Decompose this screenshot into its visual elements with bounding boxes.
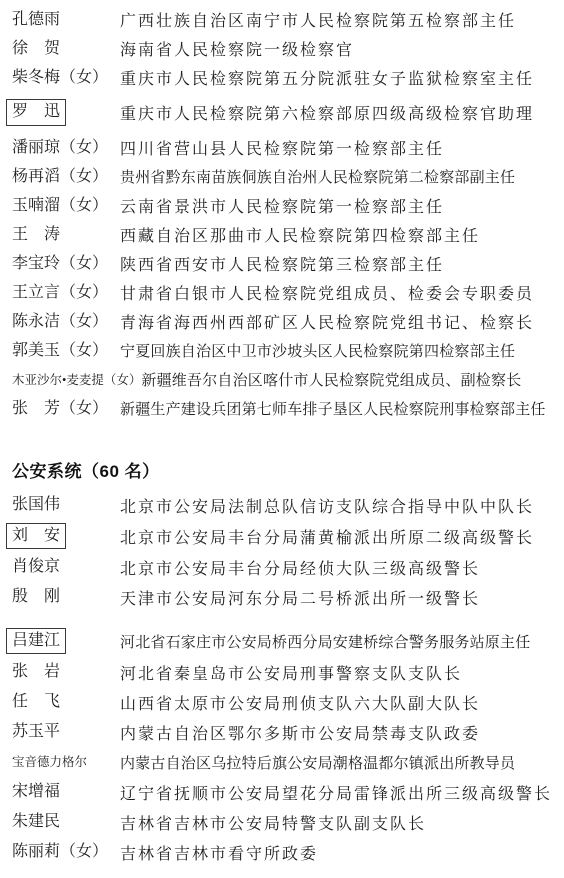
person-name: 罗 迅 — [12, 99, 120, 125]
person-name-text: 柴冬梅（女） — [12, 68, 108, 87]
person-name-text: 苏玉平 — [12, 722, 60, 741]
person-name-text: 张 芳（女） — [12, 399, 108, 418]
person-name-text: 宝音德力格尔 — [12, 755, 87, 770]
person-title: 辽宁省抚顺市公安局望花分局雷锋派出所三级高级警长 — [120, 781, 552, 804]
list-item: 李宝玲（女）陕西省西安市人民检察院第三检察部主任 — [0, 249, 564, 278]
person-name-text: 张国伟 — [12, 495, 60, 514]
person-title: 重庆市人民检察院第五分院派驻女子监狱检察室主任 — [120, 66, 534, 89]
person-title: 天津市公安局河东分局二号桥派出所一级警长 — [120, 586, 480, 609]
person-name: 陈永洁（女） — [12, 312, 120, 331]
person-name: 张 岩 — [12, 662, 120, 681]
person-title: 新疆生产建设兵团第七师车排子垦区人民检察院刑事检察部主任 — [120, 398, 546, 419]
person-name-text: 孔德雨 — [12, 10, 60, 29]
person-title: 内蒙古自治区鄂尔多斯市公安局禁毒支队政委 — [120, 721, 480, 744]
person-title: 北京市公安局法制总队信访支队综合指导中队中队长 — [120, 494, 534, 517]
person-name: 柴冬梅（女） — [12, 68, 120, 87]
person-name: 郭美玉（女） — [12, 341, 120, 360]
person-name: 孔德雨 — [12, 10, 120, 29]
person-name-text: 殷 刚 — [12, 587, 60, 606]
person-title: 山西省太原市公安局刑侦支队六大队副大队长 — [120, 691, 480, 714]
list-item: 宋增福辽宁省抚顺市公安局望花分局雷锋派出所三级高级警长 — [0, 777, 564, 807]
person-title: 吉林省吉林市公安局特警支队副支队长 — [120, 811, 426, 834]
person-title: 北京市公安局丰台分局蒲黄榆派出所原二级高级警长 — [120, 525, 534, 548]
list-item: 刘 安北京市公安局丰台分局蒲黄榆派出所原二级高级警长 — [0, 520, 564, 552]
section-public-security: 公安系统（60 名）张国伟北京市公安局法制总队信访支队综合指导中队中队长刘 安北… — [0, 461, 564, 867]
person-name: 殷 刚 — [12, 587, 120, 606]
list-item: 郭美玉（女）宁夏回族自治区中卫市沙坡头区人民检察院第四检察部主任 — [0, 336, 564, 365]
person-name-text: 朱建民 — [12, 812, 60, 831]
person-title: 内蒙古自治区乌拉特后旗公安局潮格温都尔镇派出所教导员 — [120, 752, 515, 773]
person-name: 任 飞 — [12, 692, 120, 711]
document-body: 孔德雨广西壮族自治区南宁市人民检察院第五检察部主任徐 贺海南省人民检察院一级检察… — [0, 5, 564, 867]
person-name-text: 宋增福 — [12, 782, 60, 801]
person-name: 苏玉平 — [12, 722, 120, 741]
person-name-boxed: 吕建江 — [6, 628, 66, 654]
person-title: 宁夏回族自治区中卫市沙坡头区人民检察院第四检察部主任 — [120, 340, 515, 361]
person-name: 肖俊京 — [12, 557, 120, 576]
list-item: 玉喃溜（女）云南省景洪市人民检察院第一检察部主任 — [0, 191, 564, 220]
person-title: 陕西省西安市人民检察院第三检察部主任 — [120, 252, 444, 275]
person-title: 四川省营山县人民检察院第一检察部主任 — [120, 136, 444, 159]
person-title: 甘肃省白银市人民检察院党组成员、检委会专职委员 — [120, 281, 534, 304]
honor-roll-document: 孔德雨广西壮族自治区南宁市人民检察院第五检察部主任徐 贺海南省人民检察院一级检察… — [0, 0, 564, 878]
person-title: 河北省石家庄市公安局桥西分局安建桥综合警务服务站原主任 — [120, 631, 530, 652]
person-name-text: 李宝玲（女） — [12, 254, 108, 273]
list-item: 罗 迅重庆市人民检察院第六检察部原四级高级检察官助理 — [0, 92, 564, 133]
person-name-text: 肖俊京 — [12, 557, 60, 576]
list-item: 柴冬梅（女）重庆市人民检察院第五分院派驻女子监狱检察室主任 — [0, 63, 564, 92]
list-item: 朱建民吉林省吉林市公安局特警支队副支队长 — [0, 807, 564, 837]
person-name-text: 王 涛 — [12, 225, 60, 244]
person-title: 重庆市人民检察院第六检察部原四级高级检察官助理 — [120, 101, 534, 124]
person-name: 王立言（女） — [12, 283, 120, 302]
person-name-text: 张 岩 — [12, 662, 60, 681]
person-title: 河北省秦皇岛市公安局刑事警察支队支队长 — [120, 661, 462, 684]
list-item: 张 岩河北省秦皇岛市公安局刑事警察支队支队长 — [0, 657, 564, 687]
person-name: 徐 贺 — [12, 39, 120, 58]
list-item: 苏玉平内蒙古自治区鄂尔多斯市公安局禁毒支队政委 — [0, 717, 564, 747]
person-name: 宝音德力格尔 — [12, 752, 120, 771]
list-item: 孔德雨广西壮族自治区南宁市人民检察院第五检察部主任 — [0, 5, 564, 34]
person-name: 刘 安 — [12, 523, 120, 549]
person-name: 王 涛 — [12, 225, 120, 244]
person-name-boxed: 刘 安 — [6, 523, 66, 549]
person-name: 杨再滔（女） — [12, 167, 120, 186]
person-title: 广西壮族自治区南宁市人民检察院第五检察部主任 — [120, 8, 516, 31]
list-item: 陈永洁（女）青海省海西州西部矿区人民检察院党组书记、检察长 — [0, 307, 564, 336]
person-title: 海南省人民检察院一级检察官 — [120, 37, 354, 60]
person-name-text: 王立言（女） — [12, 283, 108, 302]
person-name: 潘丽琼（女） — [12, 138, 120, 157]
section-procuratorate: 孔德雨广西壮族自治区南宁市人民检察院第五检察部主任徐 贺海南省人民检察院一级检察… — [0, 5, 564, 423]
person-name: 吕建江 — [12, 628, 120, 654]
person-name: 木亚沙尔•麦麦提（女） — [12, 370, 141, 389]
person-name: 张 芳（女） — [12, 399, 120, 418]
person-name-text: 木亚沙尔•麦麦提（女） — [12, 373, 141, 388]
list-item: 王立言（女）甘肃省白银市人民检察院党组成员、检委会专职委员 — [0, 278, 564, 307]
person-name-text: 陈永洁（女） — [12, 312, 108, 331]
person-name-text: 郭美玉（女） — [12, 341, 108, 360]
person-name-text: 陈丽莉（女） — [12, 842, 108, 861]
person-title: 北京市公安局丰台分局经侦大队三级高级警长 — [120, 556, 480, 579]
person-name-text: 潘丽琼（女） — [12, 138, 108, 157]
person-name: 宋增福 — [12, 782, 120, 801]
list-item: 宝音德力格尔内蒙古自治区乌拉特后旗公安局潮格温都尔镇派出所教导员 — [0, 747, 564, 777]
list-item: 杨再滔（女）贵州省黔东南苗族侗族自治州人民检察院第二检察部副主任 — [0, 162, 564, 191]
person-name: 李宝玲（女） — [12, 254, 120, 273]
list-item: 徐 贺海南省人民检察院一级检察官 — [0, 34, 564, 63]
list-item: 木亚沙尔•麦麦提（女）新疆维吾尔自治区喀什市人民检察院党组成员、副检察长 — [0, 365, 564, 394]
person-name-text: 任 飞 — [12, 692, 60, 711]
person-title: 西藏自治区那曲市人民检察院第四检察部主任 — [120, 223, 480, 246]
person-name-text: 徐 贺 — [12, 39, 60, 58]
list-item: 潘丽琼（女）四川省营山县人民检察院第一检察部主任 — [0, 133, 564, 162]
person-title: 贵州省黔东南苗族侗族自治州人民检察院第二检察部副主任 — [120, 166, 515, 187]
list-item: 吕建江河北省石家庄市公安局桥西分局安建桥综合警务服务站原主任 — [0, 625, 564, 657]
person-title: 云南省景洪市人民检察院第一检察部主任 — [120, 194, 444, 217]
person-name-boxed: 罗 迅 — [6, 99, 66, 125]
list-item: 王 涛西藏自治区那曲市人民检察院第四检察部主任 — [0, 220, 564, 249]
person-title: 新疆维吾尔自治区喀什市人民检察院党组成员、副检察长 — [141, 369, 521, 390]
list-item: 殷 刚天津市公安局河东分局二号桥派出所一级警长 — [0, 582, 564, 612]
list-item: 张 芳（女）新疆生产建设兵团第七师车排子垦区人民检察院刑事检察部主任 — [0, 394, 564, 423]
list-item: 肖俊京北京市公安局丰台分局经侦大队三级高级警长 — [0, 552, 564, 582]
section-heading: 公安系统（60 名） — [12, 461, 564, 482]
person-name-text: 玉喃溜（女） — [12, 196, 108, 215]
list-item: 陈丽莉（女）吉林省吉林市看守所政委 — [0, 837, 564, 867]
person-title: 吉林省吉林市看守所政委 — [120, 841, 318, 864]
person-name: 陈丽莉（女） — [12, 842, 120, 861]
list-item: 任 飞山西省太原市公安局刑侦支队六大队副大队长 — [0, 687, 564, 717]
person-name: 玉喃溜（女） — [12, 196, 120, 215]
person-name: 朱建民 — [12, 812, 120, 831]
person-name-text: 杨再滔（女） — [12, 167, 108, 186]
person-name: 张国伟 — [12, 495, 120, 514]
list-item: 张国伟北京市公安局法制总队信访支队综合指导中队中队长 — [0, 490, 564, 520]
person-title: 青海省海西州西部矿区人民检察院党组书记、检察长 — [120, 310, 534, 333]
